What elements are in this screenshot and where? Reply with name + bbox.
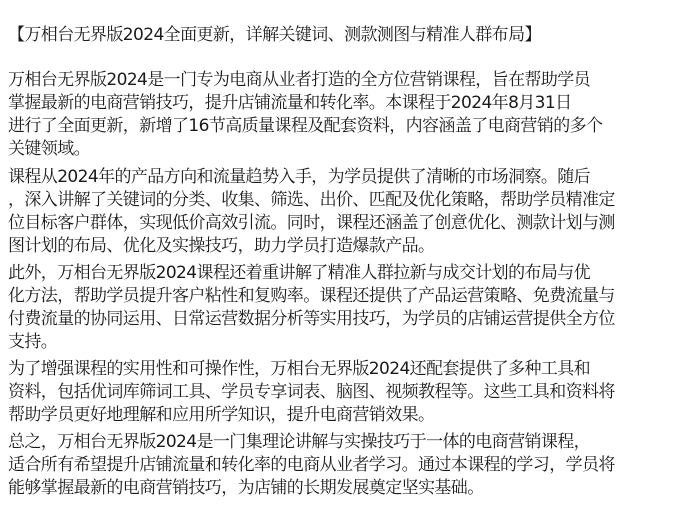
paragraph-1-line-4: 关键领域。 [8,138,90,160]
paragraph-1-line-3: 进行了全面更新，新增了16节高质量课程及配套资料，内容涵盖了电商营销的多个 [8,115,602,137]
paragraph-4-line-2: 资料，包括优词库筛词工具、学员专享词表、脑图、视频教程等。这些工具和资料将 [8,381,615,403]
paragraph-1-line-1: 万相台无界版2024是一门专为电商从业者打造的全方位营销课程，旨在帮助学员 [8,69,590,91]
document-title: 【万相台无界版2024全面更新，详解关键词、测款测图与精准人群布局】 [8,23,541,47]
paragraph-2-line-1: 课程从2024年的产品方向和流量趋势入手，为学员提供了清晰的市场洞察。随后 [8,166,590,188]
paragraph-3-line-4: 支持。 [8,331,57,353]
paragraph-1-line-2: 掌握最新的电商营销技巧，提升店铺流量和转化率。本课程于2024年8月31日 [8,92,572,114]
paragraph-3-line-3: 付费流量的协同运用、日常运营数据分析等实用技巧，为学员的店铺运营提供全方位 [8,308,615,330]
paragraph-4-line-1: 为了增强课程的实用性和可操作性，万相台无界版2024还配套提供了多种工具和 [8,358,590,380]
paragraph-4-line-3: 帮助学员更好地理解和应用所学知识，提升电商营销效果。 [8,404,434,426]
paragraph-5-line-2: 适合所有希望提升店铺流量和转化率的电商从业者学习。通过本课程的学习，学员将 [8,454,615,476]
paragraph-5-line-1: 总之，万相台无界版2024是一门集理论讲解与实操技巧于一体的电商营销课程， [8,431,590,453]
paragraph-2-line-3: 位目标客户群体，实现低价高效引流。同时，课程还涵盖了创意优化、测款计划与测 [8,212,615,234]
paragraph-3-line-1: 此外，万相台无界版2024课程还着重讲解了精准人群拉新与成交计划的布局与优 [8,262,590,284]
paragraph-2-line-4: 图计划的布局、优化及实操技巧，助力学员打造爆款产品。 [8,235,434,257]
paragraph-2-line-2: ，深入讲解了关键词的分类、收集、筛选、出价、匹配及优化策略，帮助学员精准定 [8,189,615,211]
paragraph-5-line-3: 能够掌握最新的电商营销技巧，为店铺的长期发展奠定坚实基础。 [8,477,484,499]
paragraph-3-line-2: 化方法，帮助学员提升客户粘性和复购率。课程还提供了产品运营策略、免费流量与 [8,285,615,307]
